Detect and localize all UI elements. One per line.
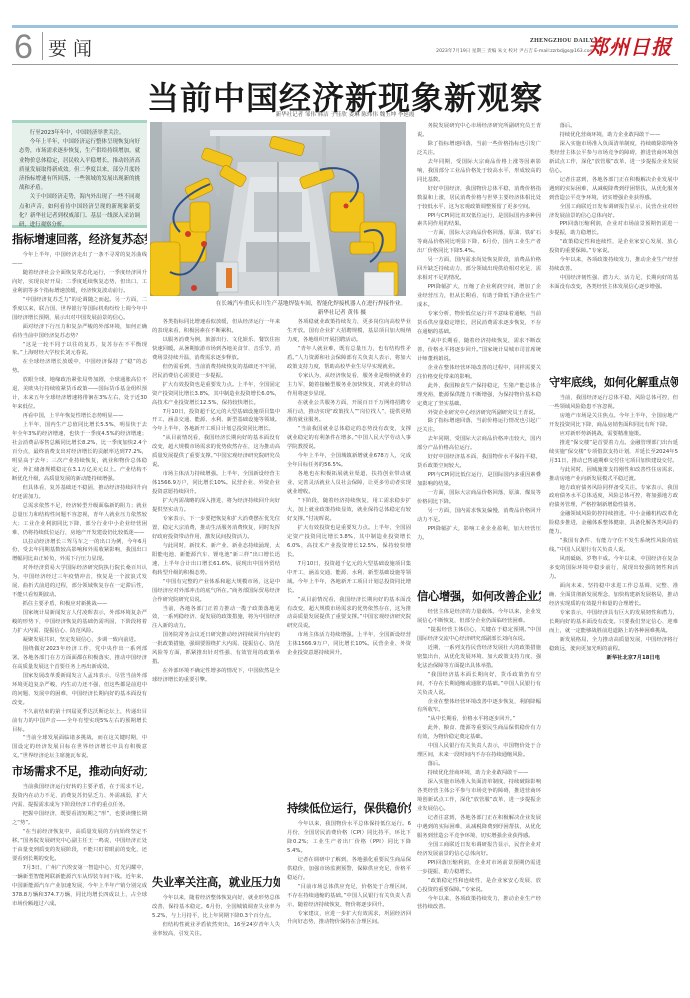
brand-english-name: ZHENGZHOU DAILY <box>530 38 594 44</box>
paragraph: 上半年，国内生产总值同比增长5.5%，明显快于去年全年3%的经济增速，也快于一季… <box>12 421 147 484</box>
factory-robots-photo <box>150 122 406 296</box>
column-2-bottom: 失业率关注高，就业压力如何应对？ 今年以来，随着经济整体恢复向好，就业形势总体改… <box>152 872 280 990</box>
paragraph: “当前全球发展面临诸多挑战，而在这关键时期，中国设定的经济发展目标在世界经济增长… <box>12 734 147 761</box>
section-name: 要闻 <box>48 34 98 61</box>
paragraph: 但具体看，复苏基础还不稳固，推动经济持续回升向好还需加力。 <box>12 484 147 502</box>
column-4: 务院发展研究中心市场经济研究所副研究员王青说。 除了指标增速回落，当前一些价格指… <box>417 122 541 584</box>
paragraph: 7月10日，投资超千亿元的大型基础设施项目集中开工，涵盖交通、能源、水利、新型基… <box>287 560 411 596</box>
paragraph: 全国工商联近日发布调研报告显示，民营企业对经济发展前景的信心总体向好。 <box>549 203 678 221</box>
paragraph: 一方面，国际大宗商品价格回落，原油、铁矿石等商品价格同比明显下降，6月份，国内工… <box>417 229 541 256</box>
paragraph: 新发展格局，全力推动高质量发展，中国经济将行稳致远，驶向更加光明的前程。 <box>549 636 678 654</box>
issue-info: 2023年7月19日 星期三 责编 朱文 校对 尹占吉 E-mail:zzrbd… <box>436 48 594 54</box>
paragraph: 今年以来，随着经济整体恢复向好，就业形势总体改善，保持基本稳定。6月份，全国城镇… <box>152 894 280 921</box>
paragraph: 放眼全球，地缘政治紧张局势加剧，全球通胀高位不退，美欧央行持续收紧货币政策——国… <box>12 376 147 412</box>
paragraph: “提振经营主体信心，关键在于稳定预期。”中国国际经济交流中心经济研究部副部长刘向… <box>417 626 541 644</box>
paragraph: “中国经济复苏乏力”的论调随之而起。另一方面，二季度以来，联合国、世界银行等国际… <box>12 296 147 323</box>
paragraph: 房地产市场是关注焦点。今年上半年，全国房地产开发投资同比下降，商品房销售面积同比… <box>549 412 678 430</box>
newspaper-logo: 郑州日报 <box>588 31 672 60</box>
paragraph: 今年上半年，中国经济走出了一条不寻常的复苏曲线—— <box>12 251 147 269</box>
paragraph: “这是一轮不同于以往的复苏，复苏存在不平衡现象。”上海财经大学校长刘元春说。 <box>12 341 147 359</box>
paragraph: PPI降幅扩大，影响工业企业盈利，加大经营压力。 <box>417 525 541 543</box>
paragraph: “青年人就业难，既有总量压力，也有结构性矛盾。”人力资源和社会保障部有关负责人表… <box>287 345 411 372</box>
paragraph: 中国人民银行有关负责人表示，中国物价处于合理区间，未来一段时间内不存在持续通缩风… <box>417 742 541 760</box>
photo-credit: 新华社记者 黄伟 摄 <box>150 309 406 318</box>
paragraph: 深入实施市场准入负面清单制度，持续破除影响各类经营主体公平参与市场竞争的障碍，推… <box>417 778 541 814</box>
paragraph: 除了指标增速回落，当前一些价格指标也引发广泛关注。 <box>417 140 541 158</box>
paragraph: 扩大内需战略的深入推进，将为经济持续回升向好提供坚实动力。 <box>152 497 280 515</box>
dateline: 新华社北京7月18日电 <box>549 654 678 663</box>
paragraph: 记者注意到，各地各部门正在积极解决企业发展中遇到的实际困难，从减税降费到纾困帮扶… <box>417 814 541 841</box>
paragraph: “当前我国就业总体稳定的态势没有改变，支撑就业稳定的有利条件在增多。”中国人民大… <box>287 425 411 452</box>
paragraph: “从中长期看，随着经济持续恢复，需求不断改善，价格水平将逐步回升。”国家统计局城… <box>417 337 541 364</box>
paragraph: 国家发展改革委新闻发言人孟玮表示，尽管当前外部环境更趋复杂严峻，内生动力还不强，… <box>12 672 147 708</box>
paragraph: 除了指标增速回落，当前价格运行情况也引起广泛关注。 <box>417 417 541 435</box>
paragraph: 经营主体是经济的力量载体。今年以来，企业发展信心不断恢复，但部分企业仍面临经营困… <box>417 608 541 626</box>
paragraph: 记者注意到，各地各部门正在积极解决企业发展中遇到的实际困难，从减税降费到纾困帮扶… <box>549 176 678 203</box>
column-2: 各类指标同比增速看似放缓，但从经济运行一年来的表现来看，积极因素在不断累积。 以… <box>152 318 280 870</box>
paragraph: 市场主体活力持续增强。上半年，全国新设经营主体1566.9万户，同比增长10%。… <box>152 470 280 497</box>
page-number: 6 <box>14 30 33 64</box>
paragraph: 落后。 <box>417 760 541 769</box>
paragraph: 今年以来，我国物价水平总体保持低位运行。6月份，全国居民消费价格（CPI）同比持… <box>287 820 411 856</box>
paragraph: 另一方面，国内需求尚处恢复阶段，消费品价格回升缺乏持续动力，部分领域出现供给相对… <box>417 256 541 283</box>
paragraph: 专家建议，应进一步扩大有效需求，巩固经济回升向好态势，推动物价保持在合理区间。 <box>287 910 411 928</box>
paragraph: 但结构性就业矛盾依然突出，16至24岁青年人失业率较高，引发关注。 <box>152 921 280 939</box>
paragraph: 专家表示，中国经济具有巨大的发展韧性和潜力，长期向好的基本面没有改变。只要我们坚… <box>549 609 678 636</box>
paragraph: 持续优化营商环境，助力企业敢闯敢干—— <box>417 769 541 778</box>
paragraph: PPI回落压缩利润，企业对市场前景预期仍需进一步提振，助力稳增长。 <box>549 220 678 238</box>
paragraph: 风雨砥砺，岁物丰成。今年以来，中国经济在复杂多变的国际环境中稳步前行，展现出较强… <box>549 555 678 582</box>
paragraph: 此外，粮食、能源等重要民生商品保供稳价有力有效，为物价稳定奠定基础。 <box>417 724 541 742</box>
paragraph: 7月3日，广州广汽埃安第一智造中心，灯光闪耀中，一辆新型智能网联新能源汽车从焊装… <box>12 864 147 909</box>
paragraph: 另一方面，国内需求恢复偏慢，消费品价格回升动力不足。 <box>417 507 541 525</box>
paragraph: 当前，各地各部门正着力推动一揽子政策落地见效，一系列稳经济、促发展的政策措施，将… <box>152 605 280 632</box>
paragraph: 与此同时，因城施策支持刚性和改善性住房需求，推动房地产业向新发展模式平稳过渡。 <box>549 466 678 484</box>
intro-paragraph: 行至2023年年中，中国经济举世关注。 <box>19 129 140 138</box>
paragraph: 当前，我国经济运行总体平稳，风险总体可控，但一些领域风险隐患不容忽视。 <box>549 394 678 412</box>
paragraph: 当前我国经济运行好转的主要矛盾，在于需求不足。投资内在动力不足、消费复苏仍显乏力… <box>12 783 147 810</box>
paragraph: 金融领域风险防控持续推进。中小金融机构改革化险稳步推进，金融体系整体健康，具备化… <box>549 510 678 537</box>
section-heading: 市场需求不足，推动向好动力何在？ <box>12 764 147 780</box>
paragraph: 不久前结束的第十四届夏季达沃斯论坛上，传递出目前有力的中国声音——全年有望实现5… <box>12 708 147 735</box>
paragraph: 应对新形势新挑战，需要精准施策。 <box>549 430 678 439</box>
paragraph: 落后。 <box>549 122 678 131</box>
paragraph: 持续优化营商环境，助力企业敢闯敢干—— <box>549 131 678 140</box>
intro-paragraph: 关于中国经济走势，海内外出现了一些不同观点和声音。如何看待中国经济呈现的新现象新… <box>19 193 140 230</box>
paragraph: 企业在整体经营环境改善的过程中，同样需要关注价格变化带来的影响。 <box>417 364 541 382</box>
paragraph: 以拉动经济增长三驾马车之一的出口为例，今年6月份，受去年同期基数较高影响和外需收… <box>12 538 147 565</box>
column-5: 落后。 持续优化营商环境，助力企业敢闯敢干—— 深入实施市场准入负面清单制度，持… <box>549 122 678 370</box>
paragraph: PPI与CPI同比双双低位运行，是国际国内多种因素共同作用的结果。 <box>417 212 541 230</box>
paragraph: 深入实施市场准入负面清单制度，持续破除影响各类经营主体公平参与市场竞争的障碍，推… <box>549 140 678 176</box>
paragraph: “从目前情况看，我国经济长期向好的基本面没有改变，超大规模市场需求的优势依然存在… <box>152 434 280 470</box>
section-heading: 失业率关注高，就业压力如何应对？ <box>152 875 280 891</box>
paragraph: 好好中国经济，我国物价总体平稳，消费价格指数温和上涨，居民消费价格与世界主要经济… <box>417 185 541 212</box>
paragraph: 扩大有效投资也是重要发力点。上半年，全国固定资产投资同比增长3.8%，其中制造业… <box>152 381 280 408</box>
paragraph: “我国有条件、有能力守住不发生系统性风险的底线。”中国人民银行有关负责人说。 <box>549 537 678 555</box>
paragraph: “政策稳定性和连续性，是企业家安心发展、放心投资的重要保障。”专家说。 <box>417 877 541 895</box>
paragraph: 在外部环境不确定性增多的情况下，中国依然是全球经济增长的重要引擎。 <box>152 667 280 685</box>
paragraph: 对外经济贸易大学国际经济研究院执行院长桑百川认为，中国经济经过三年疫情冲击，恢复… <box>12 564 147 600</box>
column-5-bottom: 守牢底线，如何化解重点领域风险？ 当前，我国经济运行总体平稳，风险总体可控，但一… <box>549 372 678 990</box>
paragraph: “政策稳定性和连续性，是企业家安心发展、放心投资的重要保障。”专家说。 <box>549 238 678 256</box>
paragraph: “在当前经济恢复中，高质量发展的方向始终坚定不移。”国务院发展研究中心副主任王一… <box>12 828 147 864</box>
masthead-divider <box>42 32 43 60</box>
intro-box: 行至2023年年中，中国经济举世关注。 今年上半年，中国经济运行整体呈现恢复向好… <box>12 120 147 228</box>
paragraph: 去年同期，受国际大宗商品价格上涨等因素影响，我国部分工业品价格处于较高水平，形成… <box>417 158 541 185</box>
paragraph: 国家统计局新闻发言人付凌晖表示，外部环境复杂严峻的形势下，中国经济恢复的基础仍需… <box>12 609 147 636</box>
masthead: 6 要闻 ZHENGZHOU DAILY 2023年7月19日 星期三 责编 朱… <box>12 25 678 61</box>
section-heading: 指标增速回落，经济复苏态势如何？ <box>12 232 147 248</box>
paragraph: “从中长期看，价格水平将逐步回升。” <box>417 715 541 724</box>
column-1: 指标增速回落，经济复苏态势如何？ 今年上半年，中国经济走出了一条不寻常的复苏曲线… <box>12 229 147 989</box>
paragraph: 地方政府债务风险同样备受关注。专家表示，我国政府债务水平总体适度，风险总体可控，… <box>549 484 678 511</box>
paragraph: PPI回落压缩利润，企业对市场前景预期仍需进一步提振，助力稳增长。 <box>417 859 541 877</box>
paragraph: 全国工商联近日发布调研报告显示，民营企业对经济发展前景的信心总体向好。 <box>417 841 541 859</box>
paragraph: 围绕做好2023年经济工作，党中央作出一系列部署。各地各部门在方方面面都在积极落… <box>12 645 147 672</box>
paragraph: 去年同期，受国际大宗商品价格冲击较大，国内部分产品价格高位运行。 <box>417 435 541 453</box>
paragraph: 各项稳就业政策持续发力，更多岗位向高校毕业生开放。国有企业扩大招聘规模，基层项目… <box>287 318 411 345</box>
paragraph: 面对经济下行压力和复杂严峻的外部环境，如何正确看待当前中国经济复苏态势？ <box>12 323 147 341</box>
paragraph: 7月10日，投资超千亿元的大型基础设施项目集中开工，涵盖交通、能源、水利、新型基… <box>152 408 280 435</box>
paragraph: 企业在整体经营环境改善中逐步恢复，利润降幅有所收窄。 <box>417 698 541 716</box>
photo-caption: 在长城汽车重庆永川生产基地焊装车间，智能化焊接机器人在进行焊接作业。 新华社记者… <box>150 300 406 318</box>
paragraph: 一方面，国际大宗商品价格回落，原油、煤炭等价格同比下降。 <box>417 489 541 507</box>
paragraph: 好好中国经济基本面，我国物价水平保持平稳，货币政策空间较大。 <box>417 453 541 471</box>
section-heading: 信心增强，如何改善企业发展预期？ <box>417 589 541 605</box>
masthead-rule <box>12 64 678 65</box>
paragraph: “下阶段，随着经济持续恢复，用工需求稳步扩大，加上就业政策持续显效，就业保持总体… <box>287 497 411 524</box>
paragraph: 随着经济社会全面恢复常态化运行，一季度经济回升向好，实现良好开局；二季度延续恢复… <box>12 269 147 296</box>
paragraph: 今年以来，各项政策持续发力，推动企业生产经营持续改善。 <box>549 256 678 274</box>
column-3: 各项稳就业政策持续发力，更多岗位向高校毕业生开放。国有企业扩大招聘规模，基层项目… <box>287 318 411 796</box>
paragraph: 市场主体活力持续增强。上半年，全国新设经营主体1566.9万户，同比增长10%。… <box>287 631 411 658</box>
paragraph: PPI与CPI同比低位运行，是国际国内多重因素叠加影响的结果。 <box>417 471 541 489</box>
paragraph: 专家表示，下一步要把恢复和扩大消费摆在优先位置，稳定大宗消费，推动生活服务消费恢… <box>152 515 280 542</box>
paragraph: 面向未来，坚持稳中求进工作总基调，完整、准确、全面贯彻新发展理念，加快构建新发展… <box>549 582 678 609</box>
paragraph: 务院发展研究中心市场经济研究所副研究员王青说。 <box>417 122 541 140</box>
paragraph: 各类指标同比增速看似放缓，但从经济运行一年来的表现来看，积极因素在不断累积。 <box>152 318 280 336</box>
paragraph: 凝聚发展共识，坚定发展信心，步调一致向前进。 <box>12 636 147 645</box>
caption-text: 在长城汽车重庆永川生产基地焊装车间，智能化焊接机器人在进行焊接作业。 <box>216 301 406 307</box>
photo-illustration <box>150 122 406 296</box>
paragraph: 记者在调研中了解到，各地强化重要民生商品保供稳价，加强市场监测预警，保障供应充足… <box>287 856 411 883</box>
paragraph: 专家分析，物价低位运行并不意味着通缩，当前货币供应量稳定增长，居民消费需求逐步恢… <box>417 310 541 337</box>
column-4-bottom: 信心增强，如何改善企业发展预期？ 经营主体是经济的力量载体。今年以来，企业发展信… <box>417 586 541 990</box>
paragraph: 再看中国，上半年恢复性增长态势明显—— <box>12 412 147 421</box>
paragraph: 推进“保交楼”是首要着力点。金融管理部门出台延续实施“保交楼”专项借款支持计划，… <box>549 439 678 466</box>
paragraph: 中国经济韧性强、潜力大、活力足，长期向好的基本面没有改变，各类经营主体发展信心逐… <box>549 274 678 292</box>
paragraph: 此外，我国粮食生产保持稳定，生猪产能总体合理充裕，能源保供能力不断增强，为保持物… <box>417 382 541 409</box>
section-heading: 持续低位运行，保供稳价如何发力？ <box>287 801 411 817</box>
paragraph: 国务院常务会议近日研究推动经济持续回升向好的一批政策措施，强调要围绕扩大内需、提… <box>152 631 280 667</box>
paragraph: 但仍需看到，当前消费持续恢复的基础还不牢固，居民消费信心需要进一步提振。 <box>152 363 280 381</box>
paragraph: 各地也在积极拓展就业渠道，扶持创业带动就业，完善灵活就业人员社会保障，让更多劳动… <box>287 470 411 497</box>
paragraph: 专家认为，从经济恢复看，服务业是吸纳就业的主力军，随着接触型服务业加快恢复，对就… <box>287 372 411 399</box>
paragraph: 近期，一系列支持民营经济发展壮大的政策措施密集出台，从优化发展环境、加大政策支持… <box>417 644 541 671</box>
section-heading: 守牢底线，如何化解重点领域风险？ <box>549 375 678 391</box>
paragraph: 把握中国经济，既要看清短期之“形”，也要读懂长期之“势”。 <box>12 810 147 828</box>
intro-paragraph: 今年上半年，中国经济运行整体呈现恢复向好态势，市场需求逐步恢复，生产供给持续增加… <box>19 138 140 193</box>
paragraph: 今年以来，各项政策持续发力，推动企业生产经营持续改善。 <box>417 895 541 913</box>
paragraph: 在全球经济增长放缓中，中国经济保持了“稳”的态势。 <box>12 358 147 376</box>
paragraph: 外资企业研究中心经济研究所副研究员王青说。 <box>417 409 541 418</box>
paragraph: “中国有完整的产业体系和超大规模市场，这是中国经济应对外部冲击的底气所在。”商务… <box>152 578 280 605</box>
paragraph: PPI降幅扩大，压缩了企业利润空间，增加了企业经营压力，但从长期看，有助于降低下… <box>417 283 541 310</box>
paragraph: 扩大有效投资也是重要发力点。上半年，全国固定资产投资同比增长3.8%，其中制造业… <box>287 524 411 560</box>
paragraph: 与此同时，新技术、新产业、新业态持续涌现，太阳能电池、新能源汽车、锂电池“新三样… <box>152 542 280 578</box>
paragraph: 今年上半年，全国城镇新增就业678万人，完成全年目标任务的56.5%。 <box>287 452 411 470</box>
paragraph: “我国经济基本面长期向好，货币政策仍有空间，不存在长期通缩或通胀的基础。”中国人… <box>417 671 541 698</box>
byline: 新华社记者 邹伟 韩洁 于佳欣 姜琳 陈炜伟 魏玉坤 李延霞 <box>0 110 690 118</box>
paragraph: “目前市场总体供应充足，价格处于合理区间，不存在持续通缩的基础。”中国人民银行有… <box>287 883 411 910</box>
column-3-bottom: 持续低位运行，保供稳价如何发力？ 今年以来，我国物价水平总体保持低位运行。6月份… <box>287 798 411 990</box>
paragraph: 在就业公共服务方面，开展百日千万网络招聘专项行动，推动实现“政策找人”“岗位找人… <box>287 399 411 426</box>
paragraph: “从目前情况看，我国经济长期向好的基本面没有改变，超大规模市场需求的优势依然存在… <box>287 596 411 632</box>
paragraph: 抓住主要矛盾，积极应对新挑战—— <box>12 600 147 609</box>
paragraph: 以服务消费为例，旅游出行、文化娱乐、餐饮住宿快速回暖。从暑期旅游市场到各地美食节… <box>152 336 280 363</box>
paragraph: 总需求依然不足，经济转型升级面临新的阻力；就业总量压力和结构性问题不容忽视，青年… <box>12 502 147 538</box>
